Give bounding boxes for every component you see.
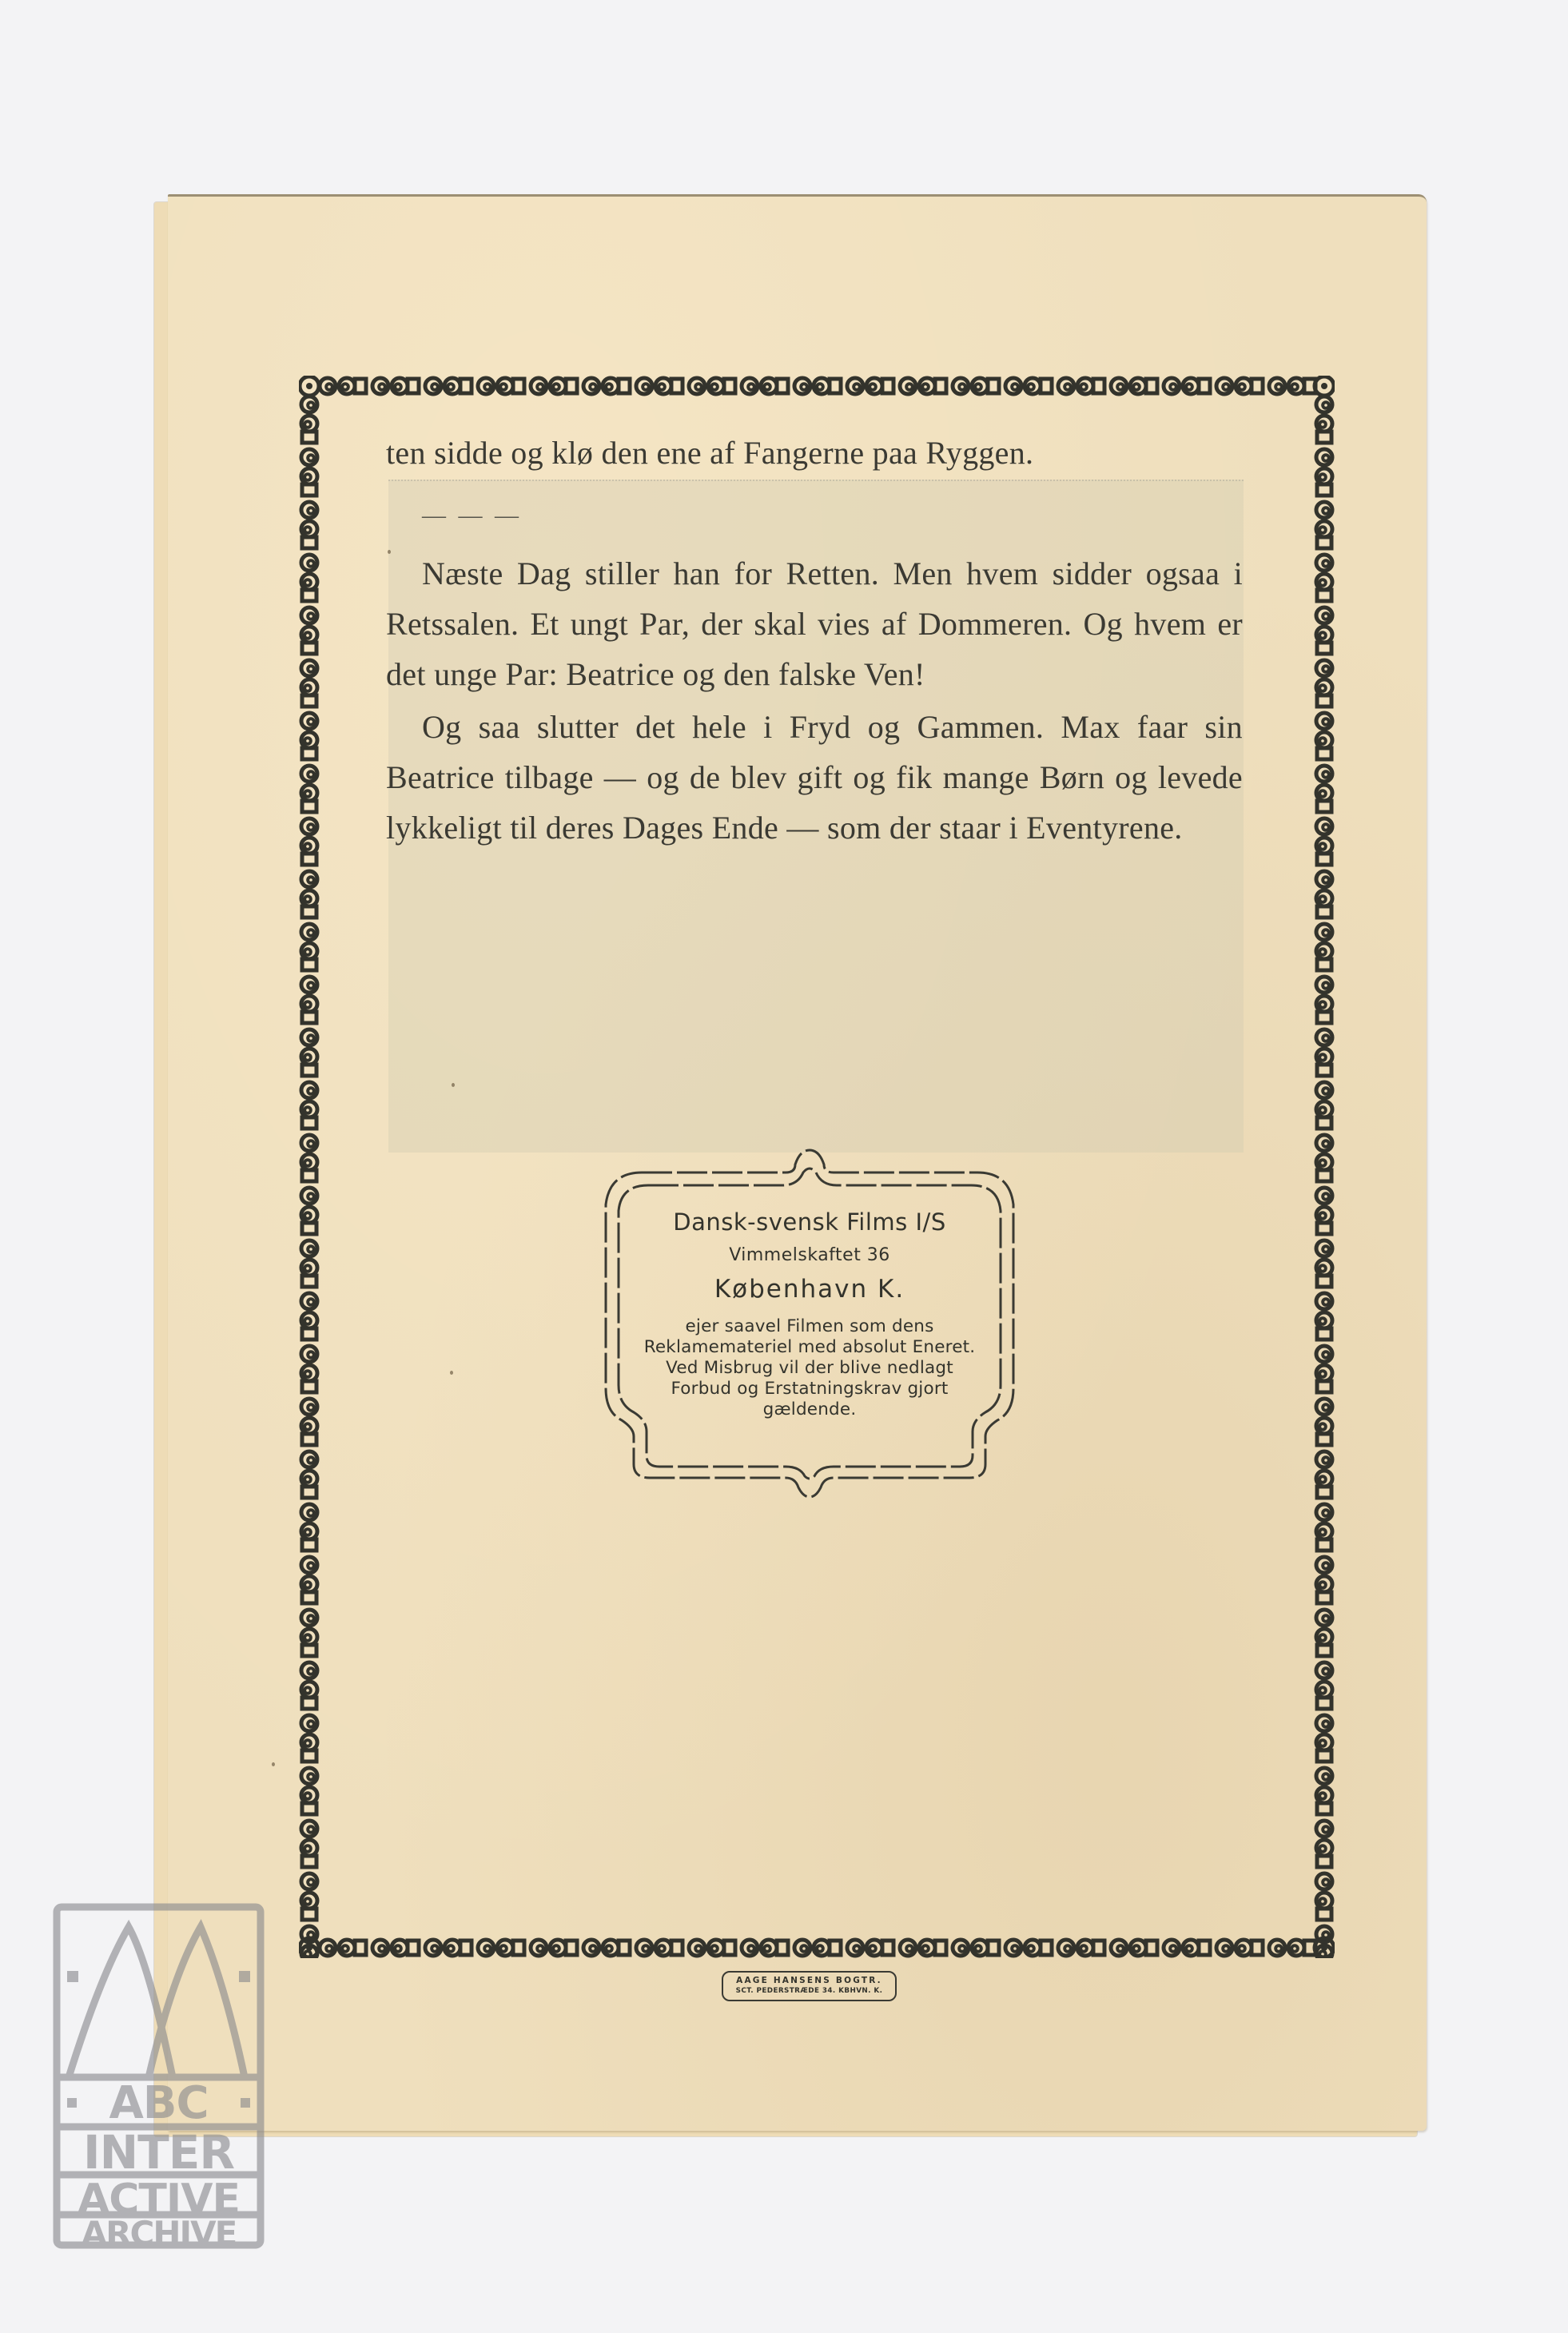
archive-watermark-logo: ABC INTER ACTIVE ARCHIVE <box>53 1903 265 2249</box>
story-text: ten sidde og klø den ene af Fangerne paa… <box>386 428 1243 853</box>
printer-stamp: AAGE HANSENS BOGTR. SCT. PEDERSTRÆDE 34.… <box>722 1971 897 2001</box>
paper-speck <box>272 1762 275 1766</box>
paper-speck <box>452 1083 455 1087</box>
company-name: Dansk-svensk Films I/S <box>634 1206 985 1238</box>
logo-text-archive: ARCHIVE <box>64 2218 253 2250</box>
paper-speck <box>388 550 391 554</box>
logo-text-abc: ABC <box>64 2080 253 2127</box>
printer-name: AAGE HANSENS BOGTR. <box>723 1975 895 1986</box>
logo-text-inter: INTER <box>64 2128 253 2177</box>
copyright-notice-text: ejer saavel Filmen som dens Reklamemater… <box>634 1316 985 1420</box>
story-continuation-line: ten sidde og klø den ene af Fangerne paa… <box>386 428 1243 478</box>
story-paragraph-1: Næste Dag stiller han for Retten. Men hv… <box>386 548 1243 699</box>
company-city: København K. <box>634 1272 985 1307</box>
paper-speck <box>450 1371 453 1375</box>
company-street: Vimmelskaftet 36 <box>634 1241 985 1270</box>
section-break: — — — <box>386 496 1243 535</box>
printer-address: SCT. PEDERSTRÆDE 34. KBHVN. K. <box>723 1986 895 1996</box>
copyright-cartouche: Dansk-svensk Films I/S Vimmelskaftet 36 … <box>594 1149 1025 1500</box>
story-paragraph-2: Og saa slutter det hele i Fryd og Gammen… <box>386 702 1243 853</box>
